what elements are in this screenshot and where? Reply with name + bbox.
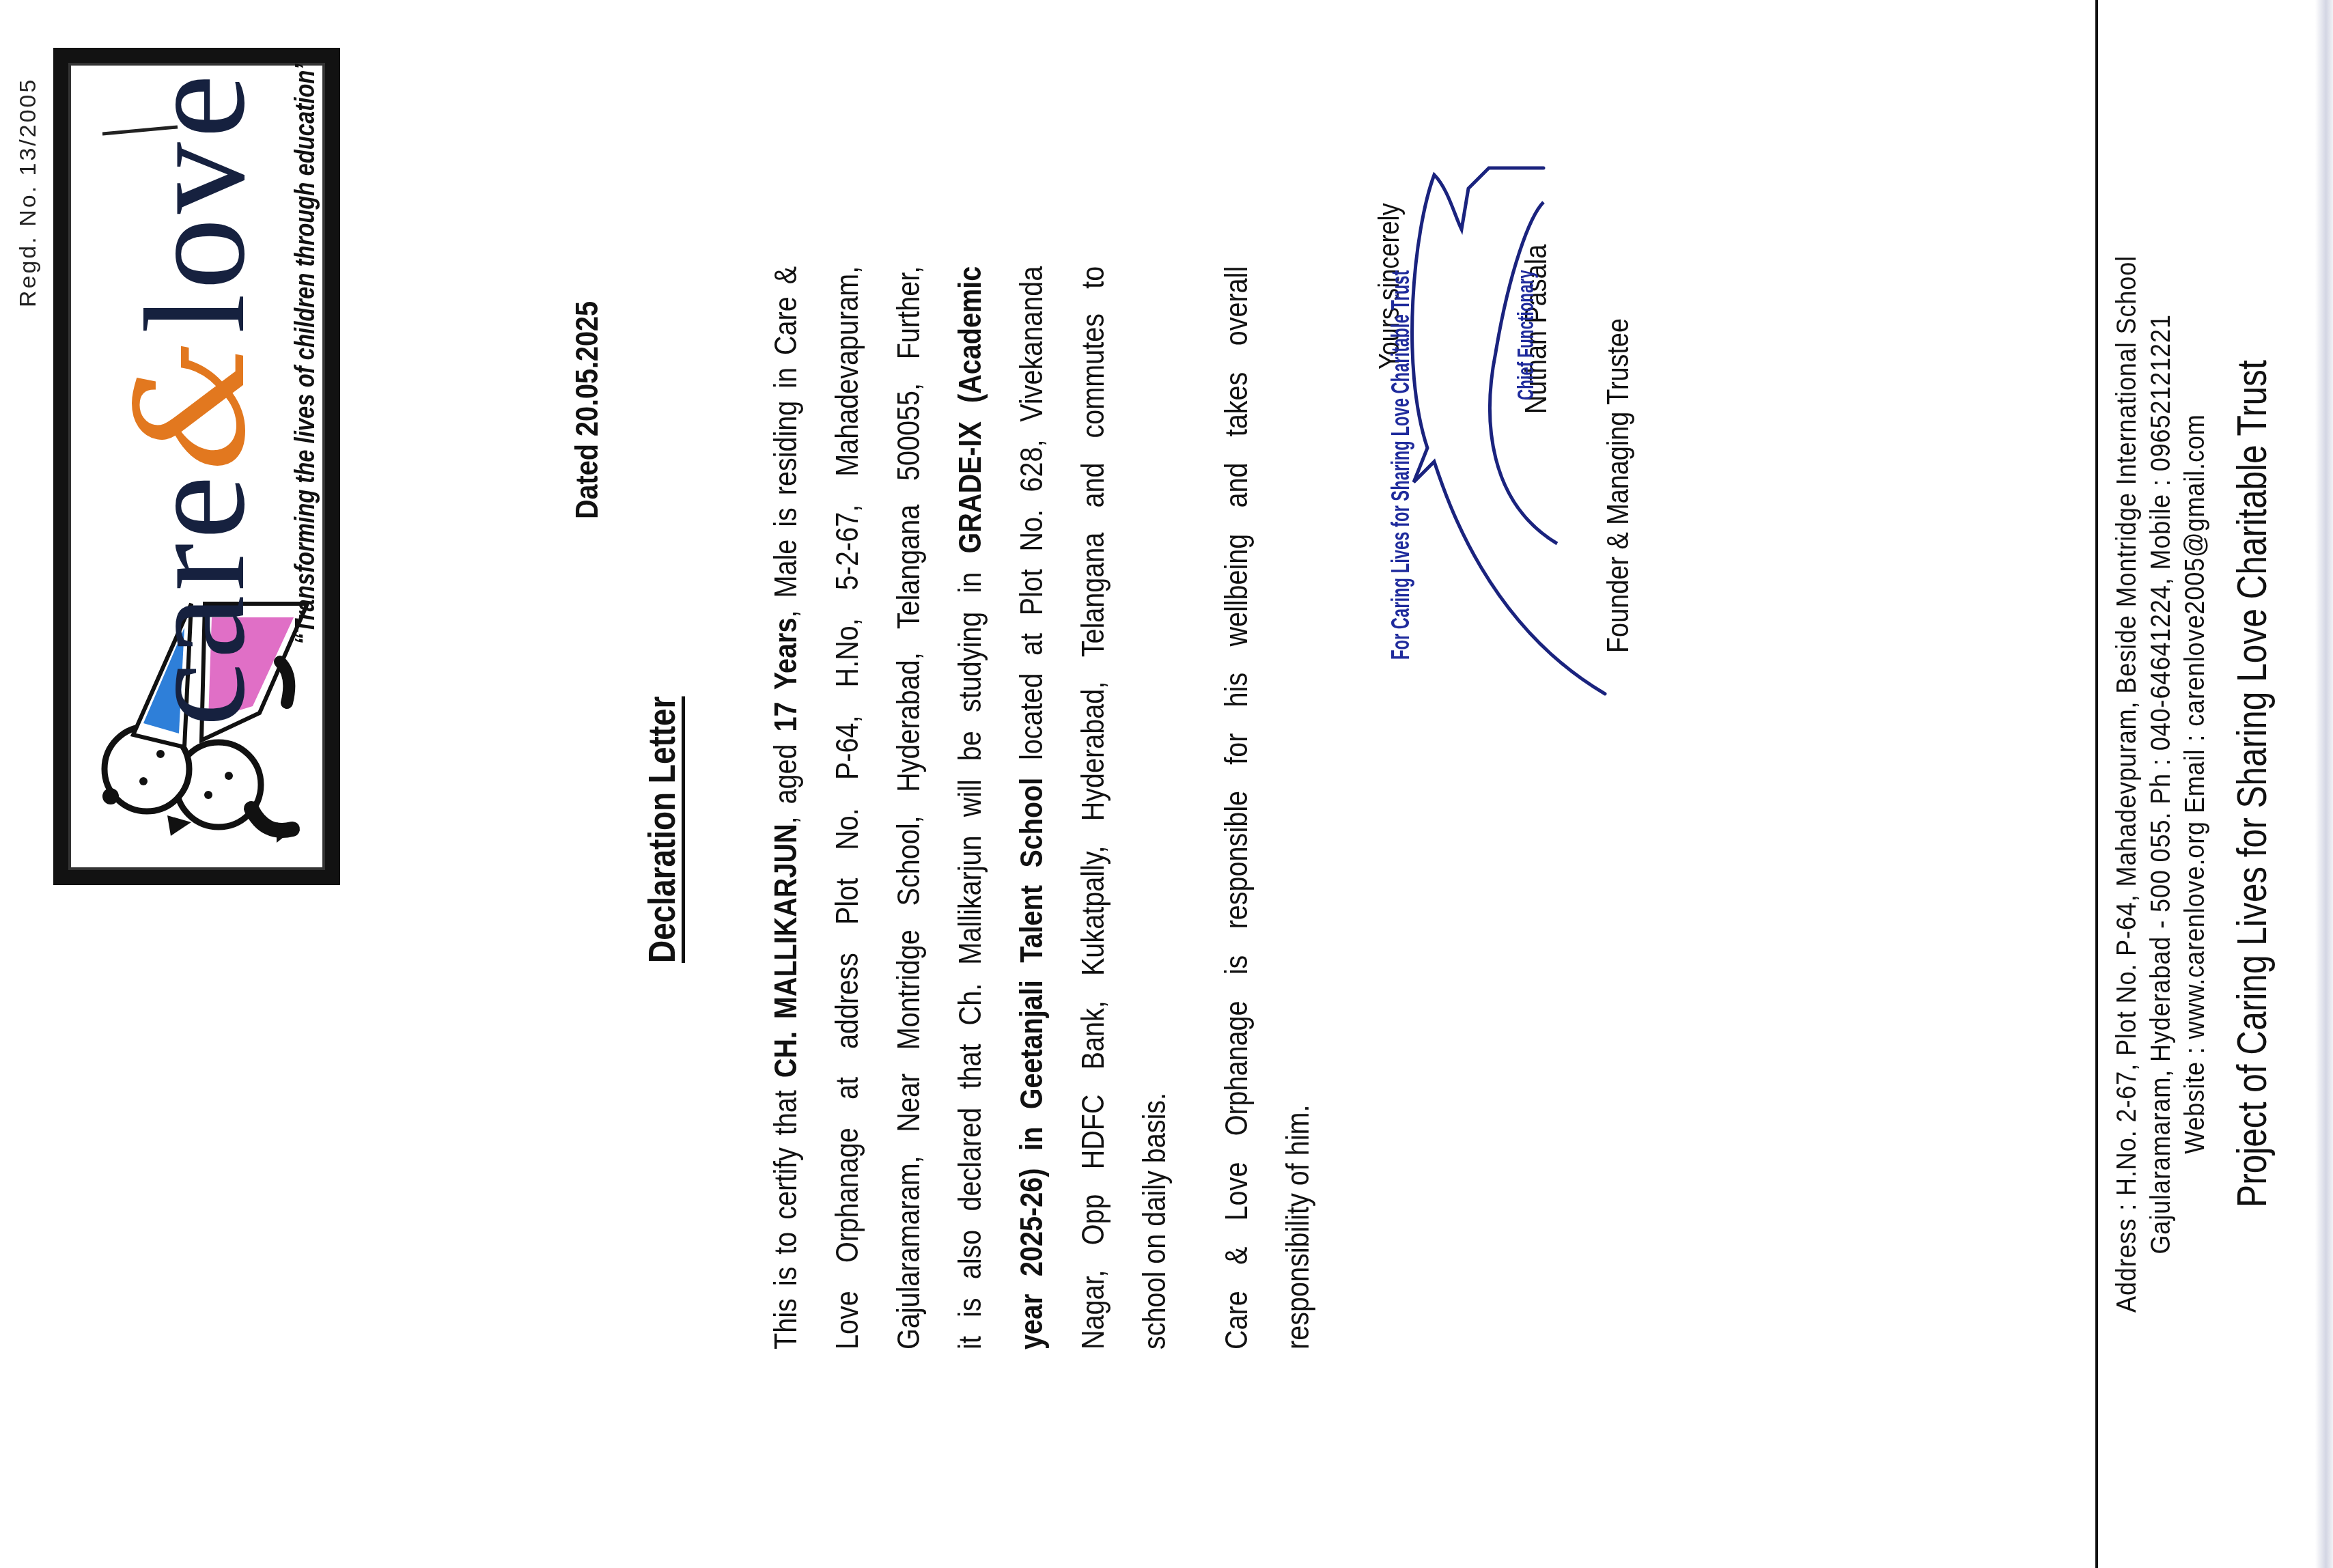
footer-address-line: Address : H.No. 2-67, Plot No. P-64, Mah… (2112, 82, 2142, 1486)
stamp-title: Chief Functionary (1513, 270, 1539, 400)
school-name: year 2025-26) in Geetanjali Talent Schoo… (1014, 778, 1049, 1349)
body-line: school on daily basis. (1134, 264, 1175, 1349)
body-line: This is to certify that CH. MALLIKARJUN,… (765, 264, 806, 1349)
footer-contact-line: Gajularamaram, Hyderabad - 500 055. Ph :… (2146, 82, 2177, 1486)
brand-care: care (116, 471, 275, 727)
letter-date: Dated 20.05.2025 (568, 301, 605, 519)
signatory-role: Founder & Managing Trustee (1602, 318, 1636, 653)
scan-edge-shadow (2315, 0, 2333, 1568)
body-line: Nagar, Opp HDFC Bank, Kukatpally, Hydera… (1072, 264, 1113, 1349)
grade: GRADE-IX (Academic (952, 266, 988, 554)
letter-title: Declaration Letter (639, 697, 684, 963)
footer-project-line: Project of Caring Lives for Sharing Love… (2228, 137, 2276, 1431)
care-and-love-logo: care&love “Transforming the lives of chi… (53, 48, 340, 885)
student-age: 17 Years (768, 618, 803, 732)
handwritten-signature-icon (1407, 148, 1612, 708)
brand-ampersand: & (104, 334, 279, 472)
registration-number: Regd. No. 13/2005 (15, 78, 42, 307)
body-line: Love Orphanage at address Plot No. P-64,… (826, 264, 867, 1349)
student-name: CH. MALLIKARJUN (768, 824, 803, 1078)
body-line: it is also declared that Ch. Mallikarjun… (949, 264, 990, 1349)
body-line: Gajularamaram, Near Montridge School, Hy… (888, 264, 929, 1349)
stray-pen-mark-icon (102, 66, 184, 148)
declaration-letter-page: Regd. No. 13/2005 (0, 0, 2333, 1568)
body-line: responsibility of him. (1277, 264, 1318, 1349)
footer-web-line: Website : www.carenlove.org Email : care… (2180, 82, 2211, 1486)
brand-wordmark: care&love (116, 70, 267, 727)
body-line: Care & Love Orphanage is responsible for… (1216, 264, 1257, 1349)
footer-divider (2095, 0, 2098, 1568)
logo-tagline: “Transforming the lives of children thro… (290, 64, 321, 645)
body-line: year 2025-26) in Geetanjali Talent Schoo… (1011, 264, 1052, 1349)
